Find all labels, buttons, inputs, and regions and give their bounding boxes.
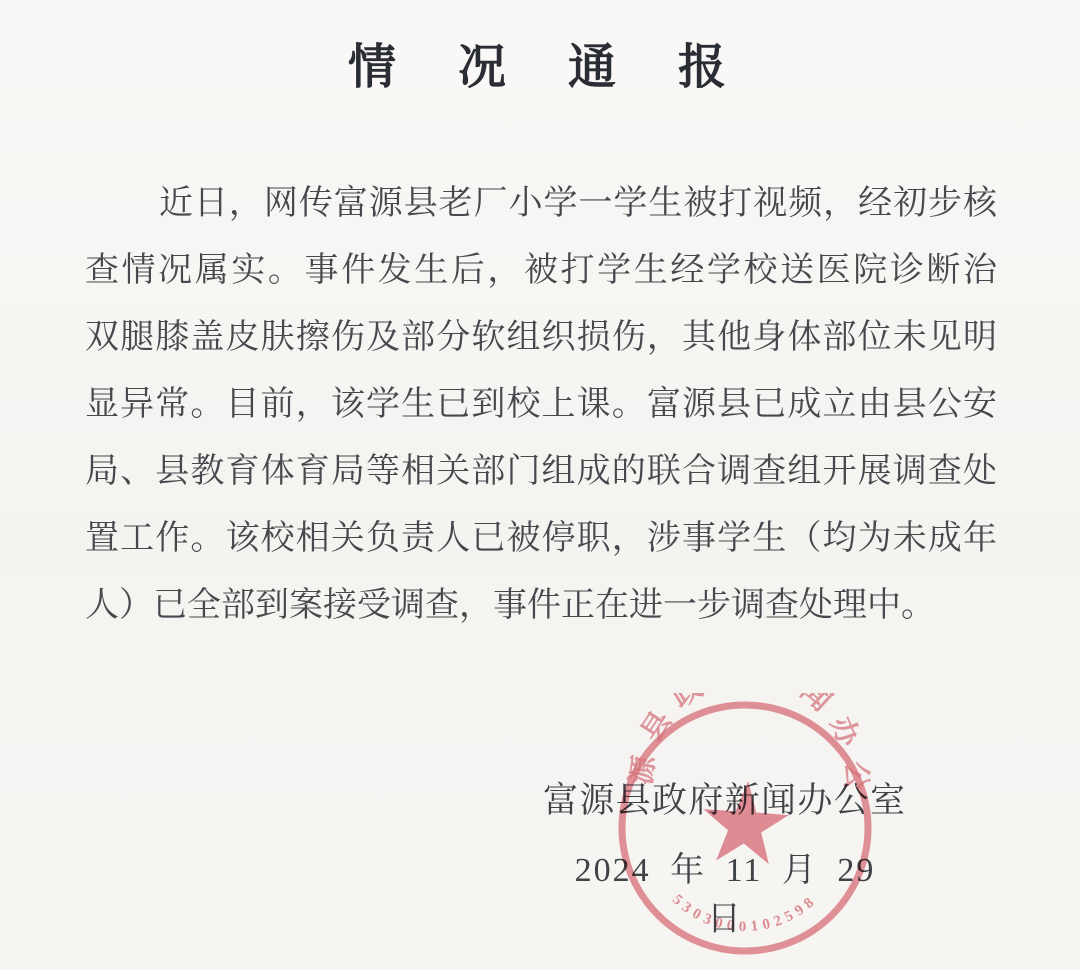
paragraph-line: 显异常。目前，该学生已到校上课。富源县已成立由县公安 bbox=[85, 371, 997, 438]
document-body: 近日，网传富源县老厂小学一学生被打视频，经初步核 查情况属实。事件发生后，被打学… bbox=[85, 170, 997, 639]
paragraph-line: 置工作。该校相关负责人已被停职，涉事学生（均为未成年 bbox=[85, 505, 997, 572]
document-title: 情 况 通 报 bbox=[0, 28, 1080, 97]
paragraph-line: 近日，网传富源县老厂小学一学生被打视频，经初步核 bbox=[85, 170, 997, 237]
notice-document: 情 况 通 报 近日，网传富源县老厂小学一学生被打视频，经初步核 查情况属实。事… bbox=[0, 0, 1080, 970]
paragraph-line: 双腿膝盖皮肤擦伤及部分软组织损伤，其他身体部位未见明 bbox=[85, 304, 997, 371]
paragraph-line: 查情况属实。事件发生后，被打学生经学校送医院诊断治疗， bbox=[85, 237, 997, 304]
paragraph-line: 人）已全部到案接受调查，事件正在进一步调查处理中。 bbox=[85, 572, 997, 639]
paragraph-line: 局、县教育体育局等相关部门组成的联合调查组开展调查处 bbox=[85, 438, 997, 505]
issuer-signature: 富源县政府新闻办公室 bbox=[543, 773, 905, 823]
document-date: 2024 年 11 月 29 日 bbox=[560, 842, 890, 940]
